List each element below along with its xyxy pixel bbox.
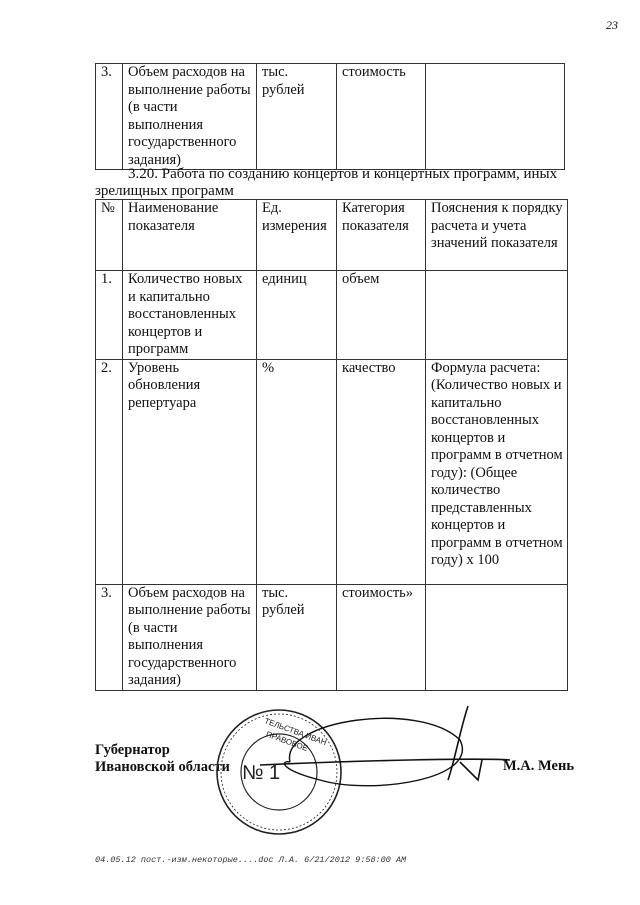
- cell-notes: [426, 271, 568, 360]
- cell-indicator-name: Объем расходов на выполнение работы (в ч…: [123, 584, 257, 690]
- cell-number: 3.: [96, 64, 123, 170]
- document-footer: 04.05.12 пост.-изм.некоторые....doc Л.А.…: [95, 855, 406, 865]
- cell-category: стоимость: [337, 64, 426, 170]
- table-row: 3. Объем расходов на выполнение работы (…: [96, 584, 568, 690]
- table-row: 2. Уровень обновления репертуара % качес…: [96, 359, 568, 584]
- cell-indicator-name: Объем расходов на выполнение работы (в ч…: [123, 64, 257, 170]
- cell-notes: Формула расчета: (Количество новых и кап…: [426, 359, 568, 584]
- table-row: 3. Объем расходов на выполнение работы (…: [96, 64, 565, 170]
- cell-unit: тыс. рублей: [257, 584, 337, 690]
- header-indicator-name: Наименование показателя: [123, 200, 257, 271]
- cell-unit: тыс. рублей: [257, 64, 337, 170]
- signatory-title-line1: Губернатор: [95, 742, 230, 759]
- cell-number: 2.: [96, 359, 123, 584]
- cell-category: объем: [337, 271, 426, 360]
- cell-notes: [426, 64, 565, 170]
- header-number: №: [96, 200, 123, 271]
- cell-unit: %: [257, 359, 337, 584]
- signatory-title-line2: Ивановской области: [95, 759, 230, 776]
- header-notes: Пояснения к порядку расчета и учета знач…: [426, 200, 568, 271]
- table-indicators: № Наименование показателя Ед. измерения …: [95, 199, 568, 691]
- cell-unit: единиц: [257, 271, 337, 360]
- signatory-name: М.А. Мень: [503, 758, 574, 775]
- table-previous-section: 3. Объем расходов на выполнение работы (…: [95, 63, 565, 170]
- cell-category: качество: [337, 359, 426, 584]
- cell-indicator-name: Уровень обновления репертуара: [123, 359, 257, 584]
- cell-indicator-name: Количество новых и капитально восстановл…: [123, 271, 257, 360]
- page-number: 23: [606, 18, 618, 33]
- cell-number: 3.: [96, 584, 123, 690]
- header-unit: Ед. измерения: [257, 200, 337, 271]
- signatory-title: Губернатор Ивановской области: [95, 742, 230, 776]
- header-category: Категория показателя: [337, 200, 426, 271]
- cell-notes: [426, 584, 568, 690]
- section-heading: 3.20. Работа по созданию концертов и кон…: [95, 166, 567, 200]
- handwritten-signature-icon: [220, 700, 520, 800]
- table-row: 1. Количество новых и капитально восстан…: [96, 271, 568, 360]
- table-header-row: № Наименование показателя Ед. измерения …: [96, 200, 568, 271]
- cell-number: 1.: [96, 271, 123, 360]
- cell-category: стоимость»: [337, 584, 426, 690]
